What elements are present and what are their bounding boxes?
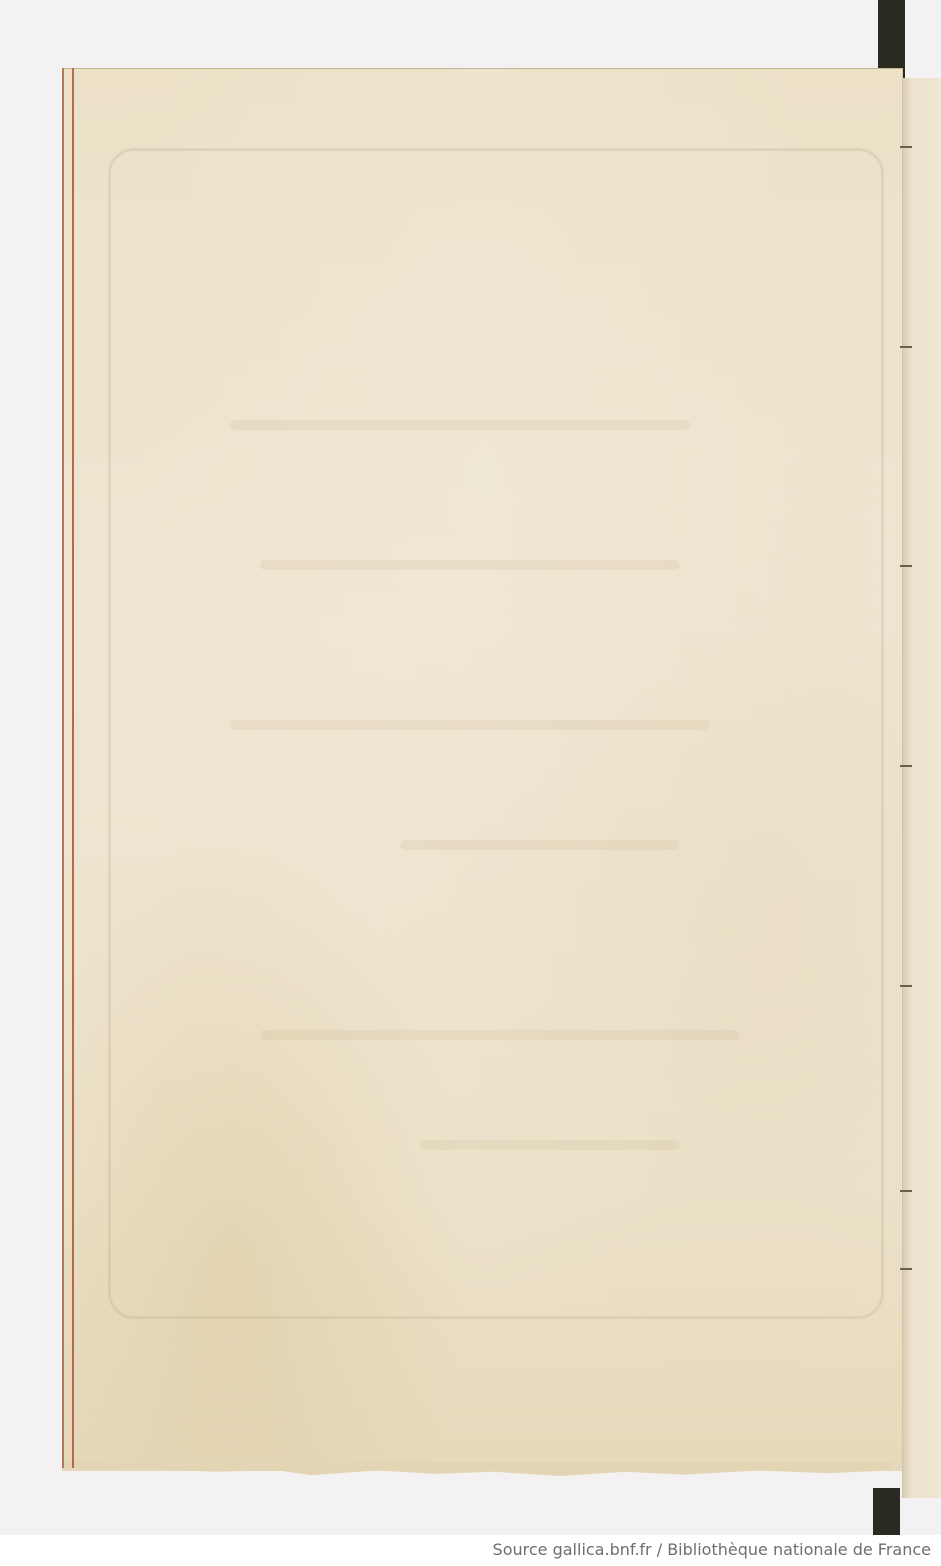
facing-page-edge xyxy=(902,78,941,1498)
show-through-line xyxy=(420,1140,680,1150)
binding-stitch xyxy=(900,146,912,148)
scanner-strip-bottom xyxy=(873,1488,900,1535)
show-through-line xyxy=(260,1030,740,1040)
show-through-line xyxy=(230,720,710,730)
source-attribution: Source gallica.bnf.fr / Bibliothèque nat… xyxy=(493,1540,931,1559)
binding-stitch xyxy=(900,565,912,567)
binding-stitch xyxy=(900,346,912,348)
show-through-line xyxy=(400,840,680,850)
page-edge-rule-outer xyxy=(62,68,64,1468)
show-through-line xyxy=(260,560,680,570)
binding-stitch xyxy=(900,1268,912,1270)
binding-stitch xyxy=(900,765,912,767)
page-edge-rule-inner xyxy=(72,68,74,1468)
show-through-line xyxy=(230,420,690,430)
binding-stitch xyxy=(900,985,912,987)
binding-stitch xyxy=(900,1190,912,1192)
